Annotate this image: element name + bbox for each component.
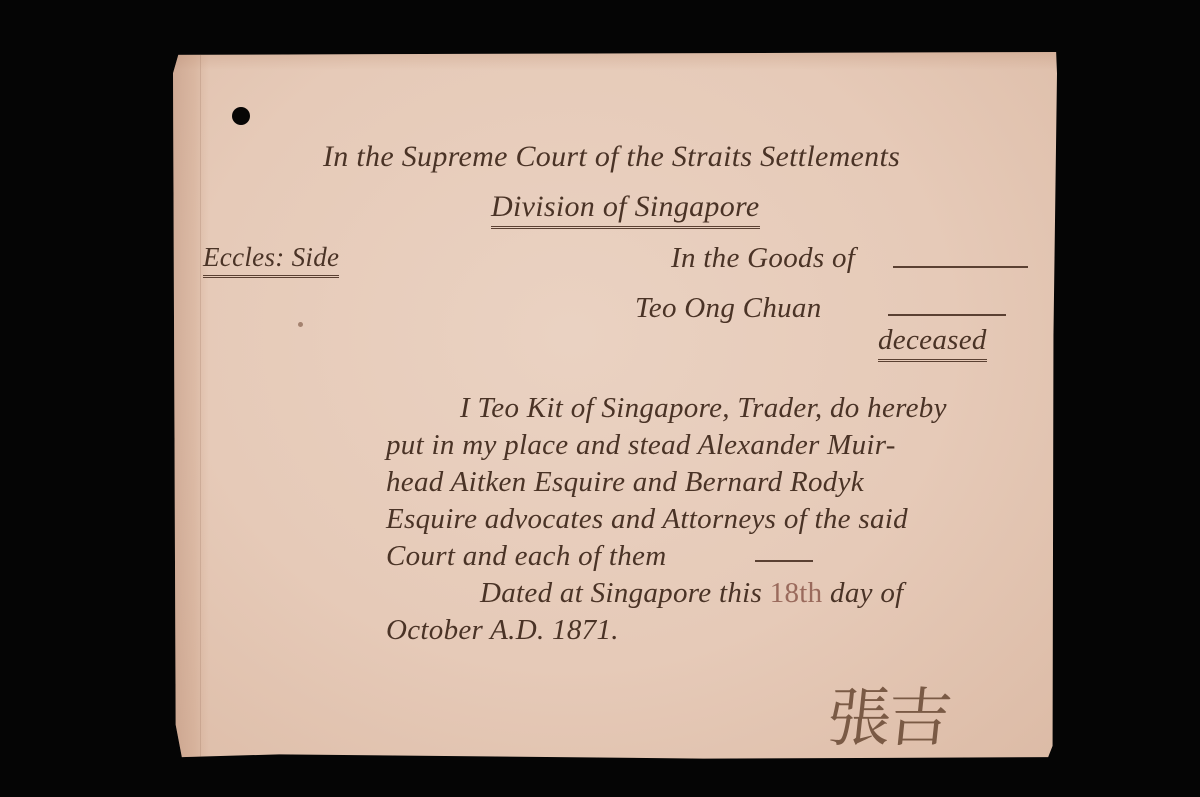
punch-hole bbox=[232, 107, 250, 125]
dated-suffix: day of bbox=[830, 577, 903, 609]
margin-note: Eccles: Side bbox=[203, 242, 339, 278]
blank-rule bbox=[893, 266, 1028, 268]
deceased-name: Teo Ong Chuan bbox=[635, 292, 822, 325]
body-line-1: I Teo Kit of Singapore, Trader, do hereb… bbox=[460, 392, 947, 425]
fold-line bbox=[200, 52, 201, 760]
deceased-label: deceased bbox=[878, 324, 987, 362]
blank-rule bbox=[888, 314, 1006, 316]
end-rule bbox=[755, 560, 813, 562]
division-heading: Division of Singapore bbox=[491, 190, 760, 229]
dated-prefix: Dated at Singapore this bbox=[480, 577, 762, 609]
paper-stain-top bbox=[173, 52, 1057, 70]
paper-stain-left bbox=[173, 52, 209, 760]
goods-of-label: In the Goods of bbox=[671, 242, 855, 275]
chinese-signature: 張吉 bbox=[823, 667, 953, 759]
dated-line: Dated at Singapore this 18th day of bbox=[480, 577, 904, 610]
body-line-2: put in my place and stead Alexander Muir… bbox=[386, 429, 896, 462]
body-line-5: Court and each of them bbox=[386, 540, 666, 573]
date-line: October A.D. 1871. bbox=[386, 614, 619, 647]
ink-spot bbox=[298, 322, 303, 327]
day-value: 18th bbox=[770, 577, 823, 609]
body-line-3: head Aitken Esquire and Bernard Rodyk bbox=[386, 466, 864, 499]
document-page: In the Supreme Court of the Straits Sett… bbox=[173, 52, 1057, 760]
court-heading: In the Supreme Court of the Straits Sett… bbox=[323, 140, 900, 174]
body-line-4: Esquire advocates and Attorneys of the s… bbox=[386, 503, 908, 536]
